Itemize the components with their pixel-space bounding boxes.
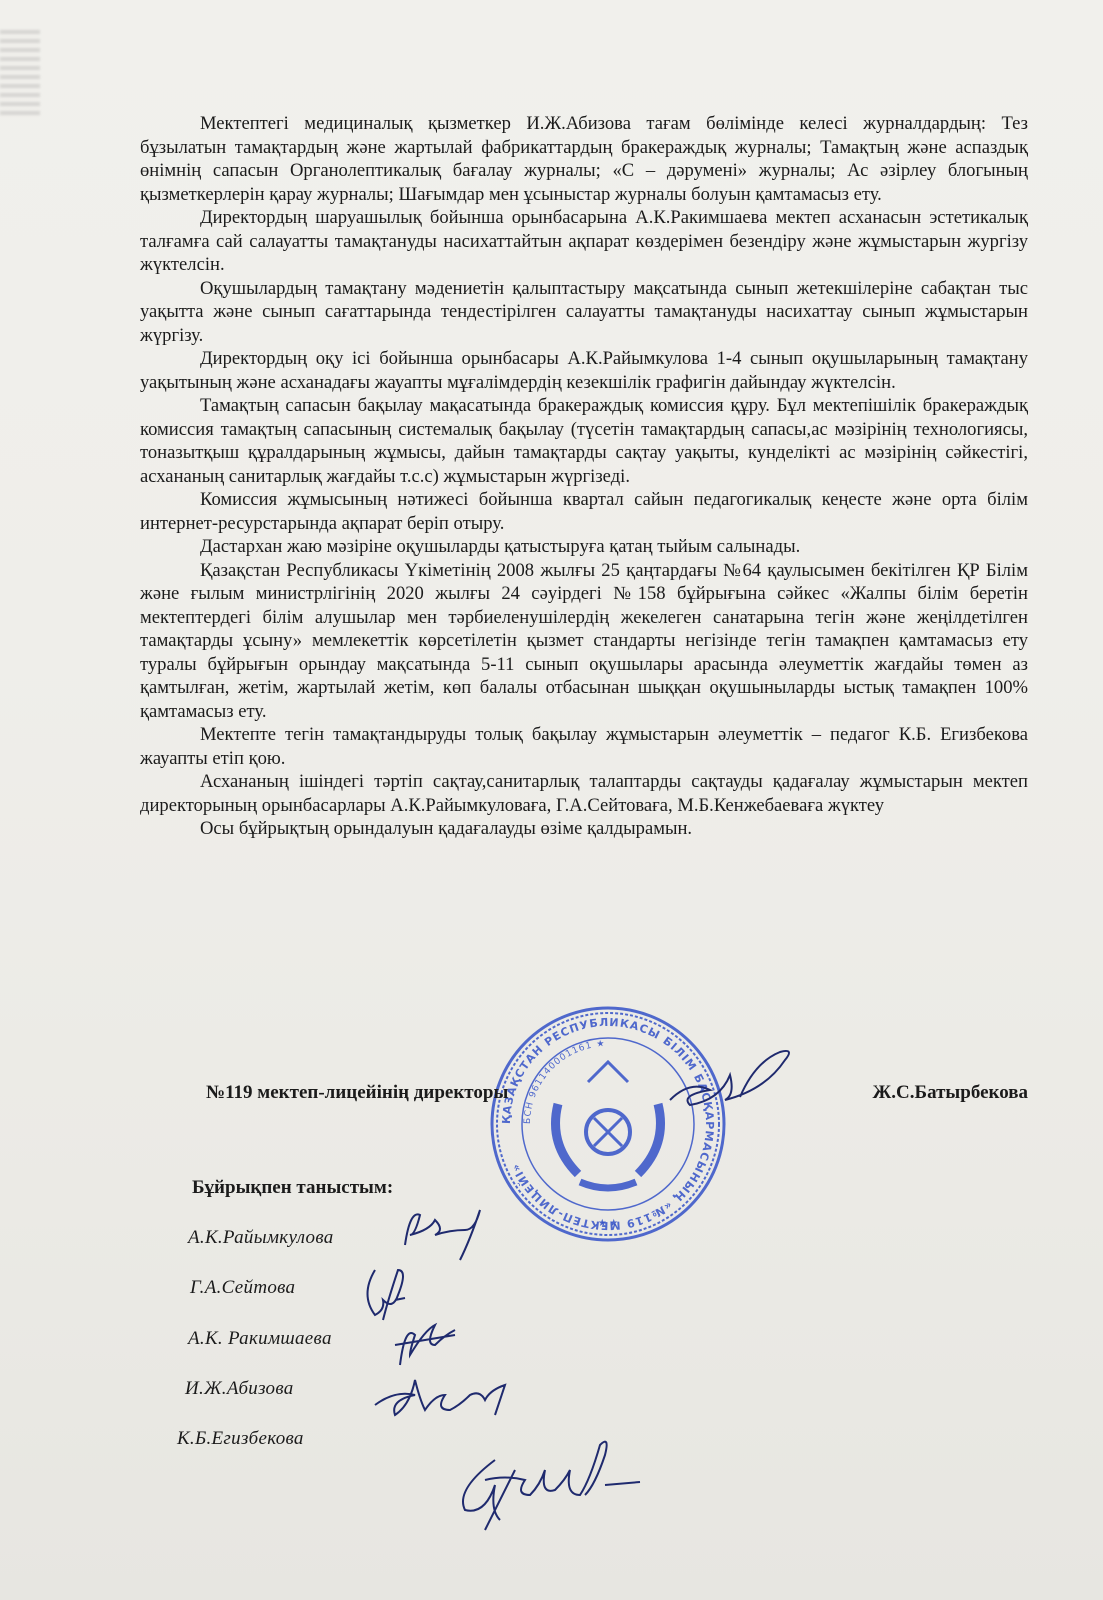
- ack-name-seitova: Г.А.Сейтова: [190, 1277, 295, 1299]
- paragraph-schedule: Директордың оқу ісі бойынша орынбасары А…: [140, 347, 1028, 394]
- ack-name-raiymkulova: А.К.Райымкулова: [188, 1227, 334, 1249]
- director-name: Ж.С.Батырбекова: [873, 1082, 1028, 1104]
- paragraph-canteen-decoration: Директордың шаруашылық бойынша орынбасар…: [140, 206, 1028, 277]
- paragraph-nutrition-culture: Оқушылардың тамақтану мәдениетін қалыпта…: [140, 277, 1028, 348]
- paragraph-order-control: Асхананың ішіндегі тәртіп сақтау,санитар…: [140, 770, 1028, 817]
- ack-name-egizbekova: К.Б.Егизбекова: [177, 1428, 304, 1450]
- signature-rakimshaeva-icon: [390, 1315, 460, 1375]
- bleed-through-marks: [0, 30, 40, 120]
- paragraph-social-pedagog: Мектепте тегін тамақтандыруды толық бақы…: [140, 723, 1028, 770]
- document-page: Мектептегі медициналық қызметкер И.Ж.Аби…: [0, 0, 1103, 1600]
- official-stamp-icon: ҚАЗАҚСТАН РЕСПУБЛИКАСЫ БІЛІМ БАСҚАРМАСЫН…: [488, 1004, 728, 1244]
- paragraph-prohibition: Дастархан жаю мәзіріне оқушыларды қатыст…: [140, 535, 1028, 559]
- acknowledgement-title: Бұйрықпен таныстым:: [192, 1177, 393, 1199]
- signature-abizova-icon: [370, 1375, 520, 1430]
- director-title: №119 мектеп-лицейінің директоры: [206, 1082, 508, 1104]
- paragraph-commission: Тамақтың сапасын бақылау мақасатында бра…: [140, 394, 1028, 488]
- ack-name-abizova: И.Ж.Абизова: [185, 1378, 294, 1400]
- paragraph-free-meals: Қазақстан Республикасы Үкіметінің 2008 ж…: [140, 559, 1028, 724]
- order-body: Мектептегі медициналық қызметкер И.Ж.Аби…: [140, 112, 1028, 841]
- paragraph-self-control: Осы бұйрықтың орындалуын қадағалауды өзі…: [140, 817, 1028, 841]
- director-signature-icon: [660, 1045, 800, 1115]
- ack-name-rakimshaeva: А.К. Ракимшаева: [188, 1328, 332, 1350]
- paragraph-reporting: Комиссия жұмысының нәтижесі бойынша квар…: [140, 488, 1028, 535]
- paragraph-journals: Мектептегі медициналық қызметкер И.Ж.Аби…: [140, 112, 1028, 206]
- signature-egizbekova-icon: [455, 1440, 645, 1540]
- director-signature-line: №119 мектеп-лицейінің директоры Ж.С.Баты…: [206, 1082, 1028, 1104]
- svg-text:★ ★: ★ ★: [598, 1218, 618, 1229]
